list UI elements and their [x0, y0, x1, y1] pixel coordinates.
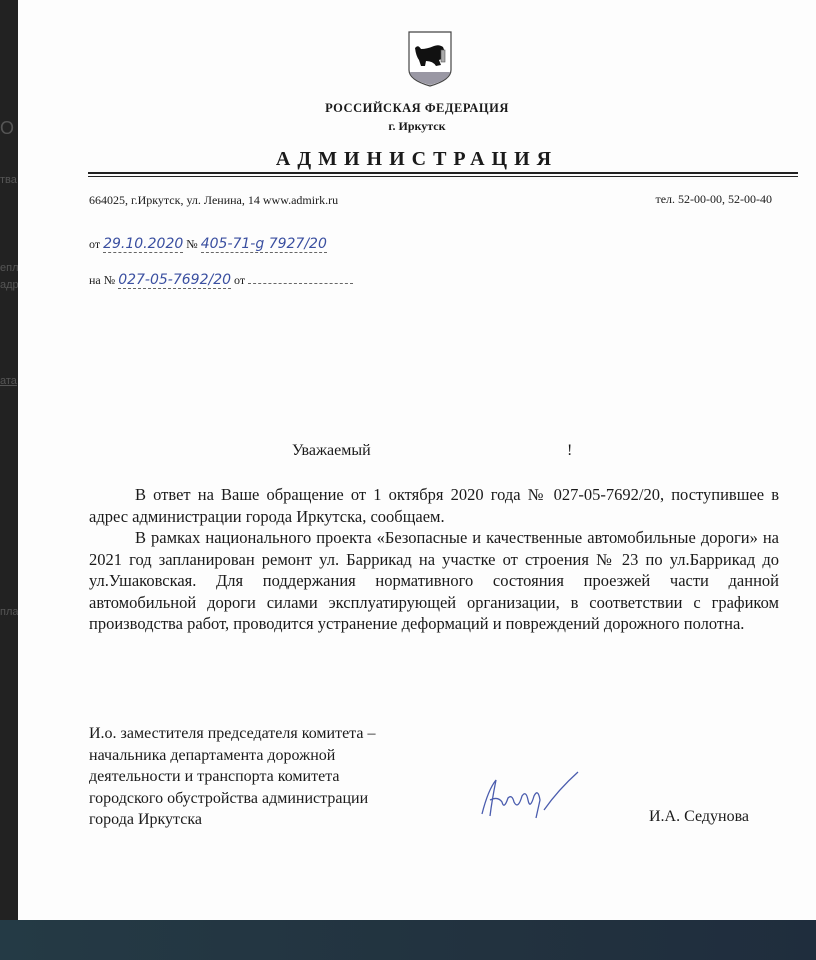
signatory-name: И.А. Седунова — [649, 808, 749, 826]
background-text: адр — [0, 279, 18, 291]
position-line: города Иркутска — [89, 809, 375, 831]
handwritten-signature-icon — [478, 770, 598, 822]
phone-line: тел. 52-00-00, 52-00-40 — [655, 192, 772, 207]
background-link[interactable]: ата — [0, 375, 17, 387]
background-text: О — [0, 118, 14, 139]
handwritten-number: 405-71-g 7927/20 — [201, 236, 327, 253]
from-label: от — [89, 237, 100, 251]
handwritten-date: 29.10.2020 — [103, 236, 183, 253]
reply-registration: на № 027-05-7692/20 от — [89, 272, 353, 288]
organization-title: АДМИНИСТРАЦИЯ — [18, 148, 816, 171]
background-page-dimmed: О тва епл адр ата пла — [0, 0, 18, 920]
document-image: РОССИЙСКАЯ ФЕДЕРАЦИЯ г. Иркутск АДМИНИСТ… — [18, 0, 816, 920]
greeting-exclamation: ! — [567, 442, 572, 460]
background-text: пла — [0, 606, 18, 618]
position-line: городского обустройства администрации — [89, 788, 375, 810]
blank-line — [248, 273, 353, 284]
header-rule-thick — [88, 172, 798, 174]
city-name: г. Иркутск — [18, 119, 816, 134]
viewer-bottom-bar — [0, 920, 816, 960]
position-line: И.о. заместителя председателя комитета – — [89, 723, 375, 745]
paragraph: В рамках национального проекта «Безопасн… — [89, 527, 779, 635]
paragraph: В ответ на Ваше обращение от 1 октября 2… — [89, 484, 779, 527]
background-text: тва — [0, 174, 17, 186]
signatory-position: И.о. заместителя председателя комитета –… — [89, 723, 375, 831]
reply-label: на № — [89, 273, 115, 287]
irkutsk-coat-of-arms-icon — [407, 30, 453, 88]
reply-from-label: от — [234, 273, 245, 287]
position-line: начальника департамента дорожной — [89, 745, 375, 767]
country-name: РОССИЙСКАЯ ФЕДЕРАЦИЯ — [18, 101, 816, 116]
outgoing-registration: от 29.10.2020 № 405-71-g 7927/20 — [89, 236, 327, 252]
address-line: 664025, г.Иркутск, ул. Ленина, 14 www.ad… — [89, 193, 338, 208]
handwritten-reply-number: 027-05-7692/20 — [118, 272, 231, 289]
number-label: № — [186, 237, 197, 251]
letter-body: В ответ на Ваше обращение от 1 октября 2… — [89, 484, 779, 635]
position-line: деятельности и транспорта комитета — [89, 766, 375, 788]
greeting: Уважаемый — [292, 442, 371, 460]
header-rule-thin — [88, 176, 798, 177]
background-text: епл — [0, 262, 18, 274]
